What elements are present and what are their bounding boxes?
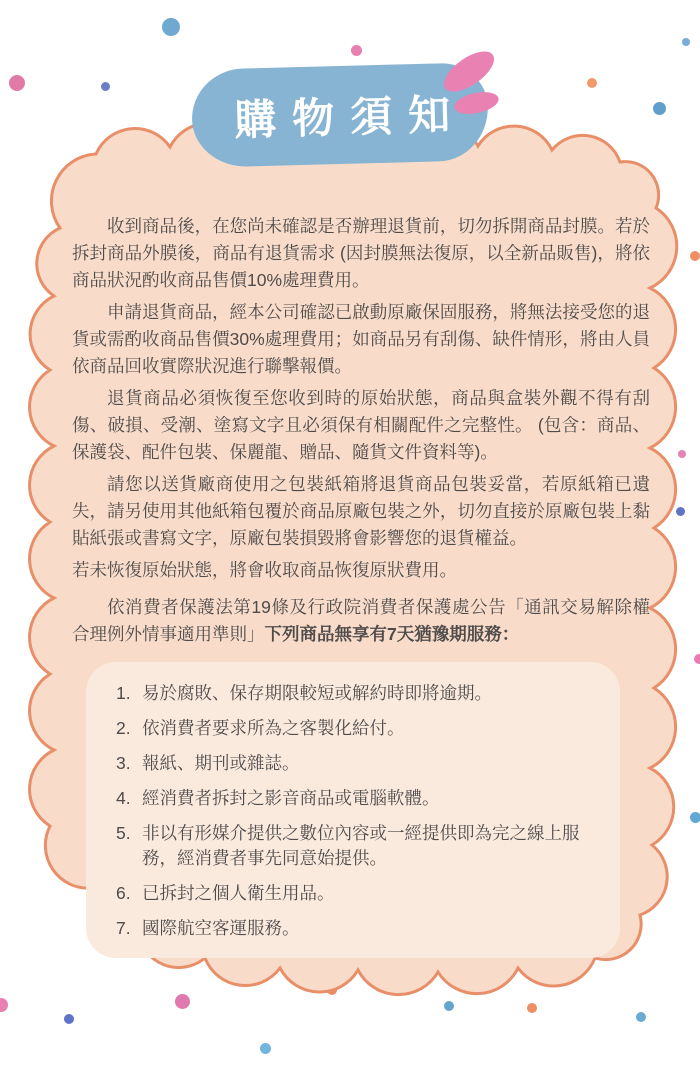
page-title: 購物須知 <box>229 82 467 148</box>
legal-notice-bold: 下列商品無享有7天猶豫期服務： <box>265 624 520 644</box>
exclusion-list-item: 經消費者拆封之影音商品或電腦軟體。 <box>116 786 600 811</box>
exclusion-list-item: 非以有形媒介提供之數位內容或一經提供即為完之線上服務，經消費者事先同意始提供。 <box>116 821 600 871</box>
notice-paragraph: 申請退貨商品，經本公司確認已啟動原廠保固服務，將無法接受您的退貨或需酌收商品售價… <box>72 299 650 380</box>
exclusion-list-item: 依消費者要求所為之客製化給付。 <box>116 716 600 741</box>
notice-paragraph: 請您以送貨廠商使用之包裝紙箱將退貨商品包裝妥當，若原紙箱已遺失，請另使用其他紙箱… <box>72 471 650 552</box>
notice-paragraph: 若未恢復原始狀態，將會收取商品恢復原狀費用。 <box>72 557 650 584</box>
exclusion-list-item: 易於腐敗、保存期限較短或解約時即將逾期。 <box>116 681 600 706</box>
notice-paragraphs: 收到商品後，在您尚未確認是否辦理退貨前，切勿拆開商品封膜。若於拆封商品外膜後，商… <box>72 213 650 584</box>
exclusion-list-item: 已拆封之個人衛生用品。 <box>116 881 600 906</box>
notice-body: 收到商品後，在您尚未確認是否辦理退貨前，切勿拆開商品封膜。若於拆封商品外膜後，商… <box>72 213 650 958</box>
legal-notice: 依消費者保護法第19條及行政院消費者保護處公告「通訊交易解除權合理例外情事適用準… <box>72 594 650 648</box>
notice-paragraph: 收到商品後，在您尚未確認是否辦理退貨前，切勿拆開商品封膜。若於拆封商品外膜後，商… <box>72 213 650 294</box>
exclusion-list-item: 國際航空客運服務。 <box>116 916 600 941</box>
exclusion-list-item: 報紙、期刊或雜誌。 <box>116 751 600 776</box>
exclusion-panel: 易於腐敗、保存期限較短或解約時即將逾期。依消費者要求所為之客製化給付。報紙、期刊… <box>86 662 620 958</box>
shopping-notice-page: 購物須知 收到商品後，在您尚未確認是否辦理退貨前，切勿拆開商品封膜。若於拆封商品… <box>0 0 700 1070</box>
notice-paragraph: 退貨商品必須恢復至您收到時的原始狀態，商品與盒裝外觀不得有刮傷、破損、受潮、塗寫… <box>72 385 650 466</box>
exclusion-list: 易於腐敗、保存期限較短或解約時即將逾期。依消費者要求所為之客製化給付。報紙、期刊… <box>116 681 600 941</box>
